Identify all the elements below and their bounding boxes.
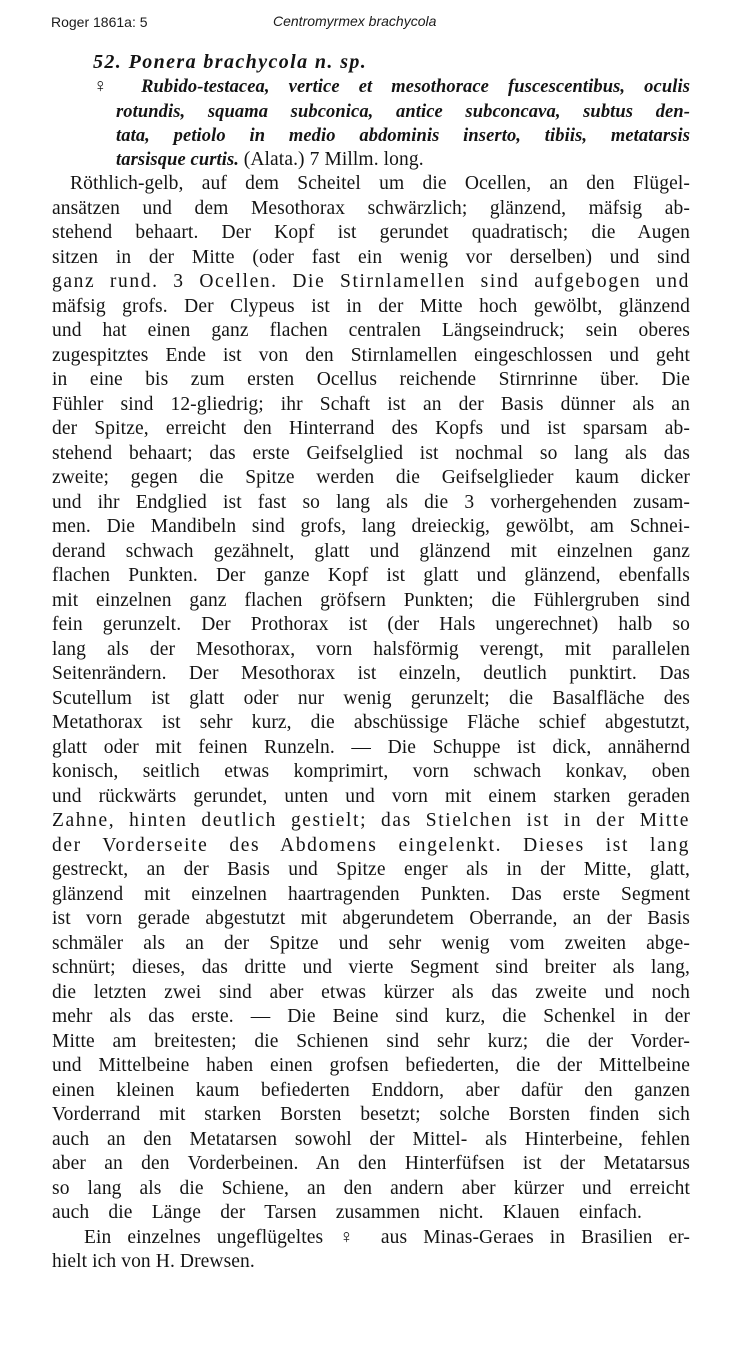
body-line: glatt oder mit feinen Runzeln. — Die Sch… [52, 736, 690, 760]
species-number: 52. [93, 51, 122, 73]
body-line: in eine bis zum ersten Ocellus reichende… [52, 368, 690, 392]
body-line: Metathorax ist sehr kurz, die abschüssig… [52, 711, 690, 735]
size-note: (Alata.) 7 Millm. long. [244, 149, 424, 170]
body-line: mäfsig grofs. Der Clypeus ist in der Mit… [52, 295, 690, 319]
body-line: zugespitztes Ende ist von den Stirnlamel… [52, 344, 690, 368]
body-line: auch an den Metatarsen sowohl der Mittel… [52, 1128, 690, 1152]
latin-line-2: rotundis, squama subconica, antice subco… [116, 100, 690, 124]
body-line: schmäler als an der Spitze und sehr weni… [52, 932, 690, 956]
taxon-name: Centromyrmex brachycola [273, 13, 436, 29]
body-line: Vorderrand mit starken Borsten besetzt; … [52, 1103, 690, 1127]
body-line: zweite; gegen die Spitze werden die Geif… [52, 466, 690, 490]
body-line: und rückwärts gerundet, unten und vorn m… [52, 785, 690, 809]
species-heading: 52. Ponera brachycola n. sp. [93, 50, 493, 74]
body-line: sitzen in der Mitte (oder fast ein wenig… [52, 246, 690, 270]
body-line: einen kleinen kaum befiederten Enddorn, … [52, 1079, 690, 1103]
body-line: aber an den Vorderbeinen. An den Hinterf… [52, 1152, 690, 1176]
body-line: Fühler sind 12-gliedrig; ihr Schaft ist … [52, 393, 690, 417]
body-line: glänzend mit einzelnen haartragenden Pun… [52, 883, 690, 907]
latin-line-4: tarsisque curtis. (Alata.) 7 Millm. long… [116, 148, 516, 172]
body-line: Scutellum ist glatt oder nur wenig gerun… [52, 687, 690, 711]
closing-line: Ein einzelnes ungeflügeltes ♀ aus Minas-… [84, 1226, 690, 1250]
female-symbol-icon: ♀ [93, 76, 122, 97]
body-line: ansätzen und dem Mesothorax schwärzlich;… [52, 197, 690, 221]
page-header: Roger 1861a: 5 Centromyrmex brachycola [0, 14, 731, 34]
body-line: so lang als die Schiene, an den andern a… [52, 1177, 690, 1201]
body-line: mehr als das erste. — Die Beine sind kur… [52, 1005, 690, 1029]
body-line: lang als der Mesothorax, vorn halsförmig… [52, 638, 690, 662]
body-line: konisch, seitlich etwas komprimirt, vorn… [52, 760, 690, 784]
body-line: schnürt; dieses, das dritte und vierte S… [52, 956, 690, 980]
latin-italic-end: tarsisque curtis. [116, 150, 239, 170]
body-line: gestreckt, an der Basis und Spitze enger… [52, 858, 690, 882]
citation-reference: Roger 1861a: 5 [51, 14, 148, 30]
body-line: und hat einen ganz flachen centralen Län… [52, 319, 690, 343]
body-line: ist vorn gerade abgestutzt mit abgerunde… [52, 907, 690, 931]
body-line: der Spitze, erreicht den Hinterrand des … [52, 417, 690, 441]
latin-line-1: ♀ Rubido-testacea, vertice et mesothorac… [93, 75, 690, 99]
body-line: stehend behaart. Der Kopf ist gerundet q… [52, 221, 690, 245]
body-line: und Mittelbeine haben einen grofsen befi… [52, 1054, 690, 1078]
body-line: mit einzelnen ganz flachen gröfsern Punk… [52, 589, 690, 613]
latin-line-3: tata, petiolo in medio abdominis inserto… [116, 124, 690, 148]
body-line: stehend behaart; das erste Geifselglied … [52, 442, 690, 466]
body-line: und ihr Endglied ist fast so lang als di… [52, 491, 690, 515]
body-line: die letzten zwei sind aber etwas kürzer … [52, 981, 690, 1005]
body-line: ganz rund. 3 Ocellen. Die Stirnlamellen … [52, 270, 690, 294]
body-line: Zahne, hinten deutlich gestielt; das Sti… [52, 809, 690, 833]
body-line: fein gerunzelt. Der Prothorax ist (der H… [52, 613, 690, 637]
species-title: Ponera brachycola n. sp. [129, 51, 368, 73]
body-line: men. Die Mandibeln sind grofs, lang drei… [52, 515, 690, 539]
body-line: Röthlich-gelb, auf dem Scheitel um die O… [70, 172, 690, 196]
body-line: derand schwach gezähnelt, glatt und glän… [52, 540, 690, 564]
body-line: auch die Länge der Tarsen zusammen nicht… [52, 1201, 642, 1225]
body-line: Seitenrändern. Der Mesothorax ist einzel… [52, 662, 690, 686]
body-line: flachen Punkten. Der ganze Kopf ist glat… [52, 564, 690, 588]
closing-line: hielt ich von H. Drewsen. [52, 1250, 352, 1274]
body-line: Mitte am breitesten; die Schienen sind s… [52, 1030, 690, 1054]
body-line: der Vorderseite des Abdomens eingelenkt.… [52, 834, 690, 858]
